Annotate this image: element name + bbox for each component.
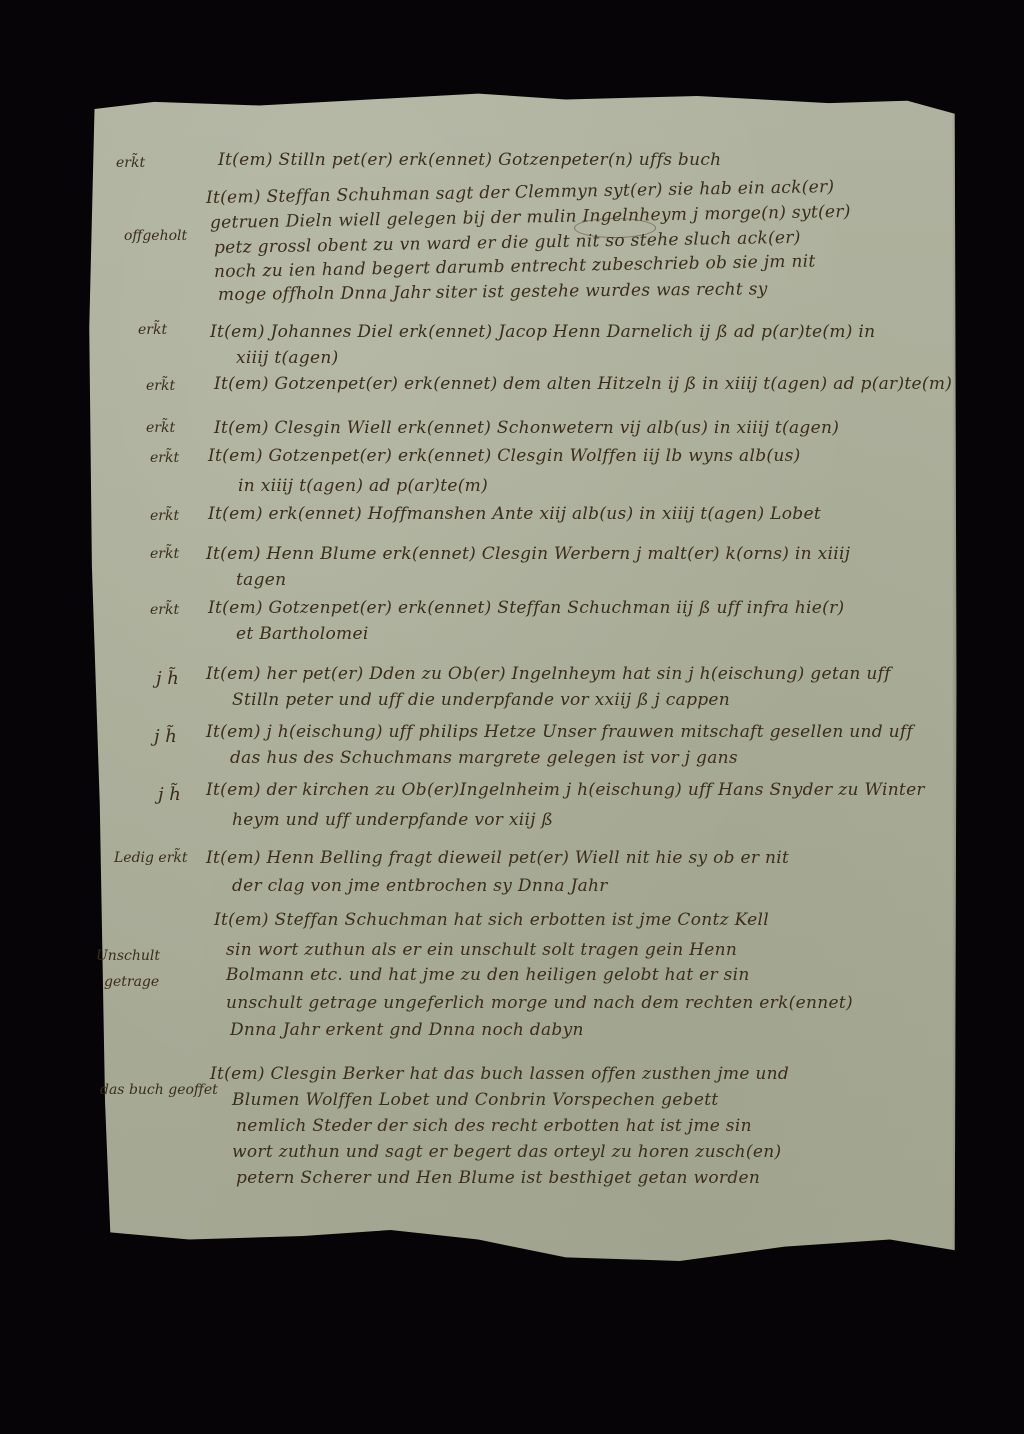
entry-line: sin wort zuthun als er ein unschult solt…: [226, 940, 737, 960]
entry-line: Stilln peter und uff die underpfande vor…: [232, 690, 730, 710]
entry-line: der clag von jme entbrochen sy Dnna Jahr: [232, 876, 608, 896]
entry-line: Blumen Wolffen Lobet und Conbrin Vorspec…: [232, 1090, 718, 1110]
entry-line: It(em) Gotzenpet(er) erk(ennet) dem alte…: [214, 374, 952, 394]
margin-note: j h̃: [158, 784, 181, 805]
entry-line: It(em) der kirchen zu Ob(er)Ingelnheim j…: [206, 780, 925, 800]
entry-line: nemlich Steder der sich des recht erbott…: [236, 1116, 752, 1136]
entry-line: das hus des Schuchmans margrete gelegen …: [230, 748, 738, 768]
entry-line: It(em) her pet(er) Dden zu Ob(er) Ingeln…: [206, 664, 891, 684]
entry-line: It(em) j h(eischung) uff philips Hetze U…: [206, 722, 913, 742]
margin-note: Ledig erk̃t: [114, 850, 188, 866]
margin-note: erk̃t: [138, 322, 167, 338]
entry-line: It(em) Gotzenpet(er) erk(ennet) Steffan …: [208, 598, 844, 618]
margin-note: erk̃t: [150, 602, 179, 618]
margin-note: erk̃t: [150, 450, 179, 466]
entry-line: It(em) Henn Belling fragt dieweil pet(er…: [206, 848, 789, 868]
margin-note: j h̃: [156, 668, 179, 689]
entry-line: It(em) Henn Blume erk(ennet) Clesgin Wer…: [206, 544, 850, 564]
margin-note: getrage: [104, 974, 159, 990]
entry-line: It(em) Stilln pet(er) erk(ennet) Gotzenp…: [218, 150, 721, 170]
entry-line: petern Scherer und Hen Blume ist besthig…: [236, 1168, 760, 1188]
entry-line: heym und uff underpfande vor xiij ß: [232, 810, 553, 830]
margin-note: erk̃t: [146, 420, 175, 436]
entry-line: It(em) erk(ennet) Hoffmanshen Ante xiij …: [208, 504, 821, 524]
margin-note: j h̃: [154, 726, 177, 747]
margin-note: erk̃t: [146, 378, 175, 394]
entry-line: It(em) Clesgin Wiell erk(ennet) Schonwet…: [214, 418, 839, 438]
entry-line: Bolmann etc. und hat jme zu den heiligen…: [226, 965, 750, 985]
margin-note: das buch geoffet: [100, 1082, 218, 1098]
margin-note: erk̃t: [150, 508, 179, 524]
entry-line: et Bartholomei: [236, 624, 369, 644]
entry-line: tagen: [236, 570, 286, 590]
entry-line: unschult getrage ungeferlich morge und n…: [226, 993, 853, 1013]
entry-line: It(em) Gotzenpet(er) erk(ennet) Clesgin …: [208, 446, 801, 466]
margin-note: erk̃t: [116, 155, 145, 171]
entry-line: It(em) Johannes Diel erk(ennet) Jacop He…: [210, 322, 875, 342]
margin-note: erk̃t: [150, 546, 179, 562]
entry-line: in xiiij t(agen) ad p(ar)te(m): [238, 476, 488, 496]
entry-line: It(em) Clesgin Berker hat das buch lasse…: [210, 1064, 789, 1084]
entry-line: Dnna Jahr erkent gnd Dnna noch dabyn: [230, 1020, 584, 1040]
entry-line: xiiij t(agen): [236, 348, 339, 368]
margin-note: offgeholt: [124, 228, 187, 244]
margin-note: Unschult: [96, 948, 160, 964]
entry-line: wort zuthun und sagt er begert das ortey…: [232, 1142, 781, 1162]
entry-line: It(em) Steffan Schuchman hat sich erbott…: [214, 910, 769, 930]
